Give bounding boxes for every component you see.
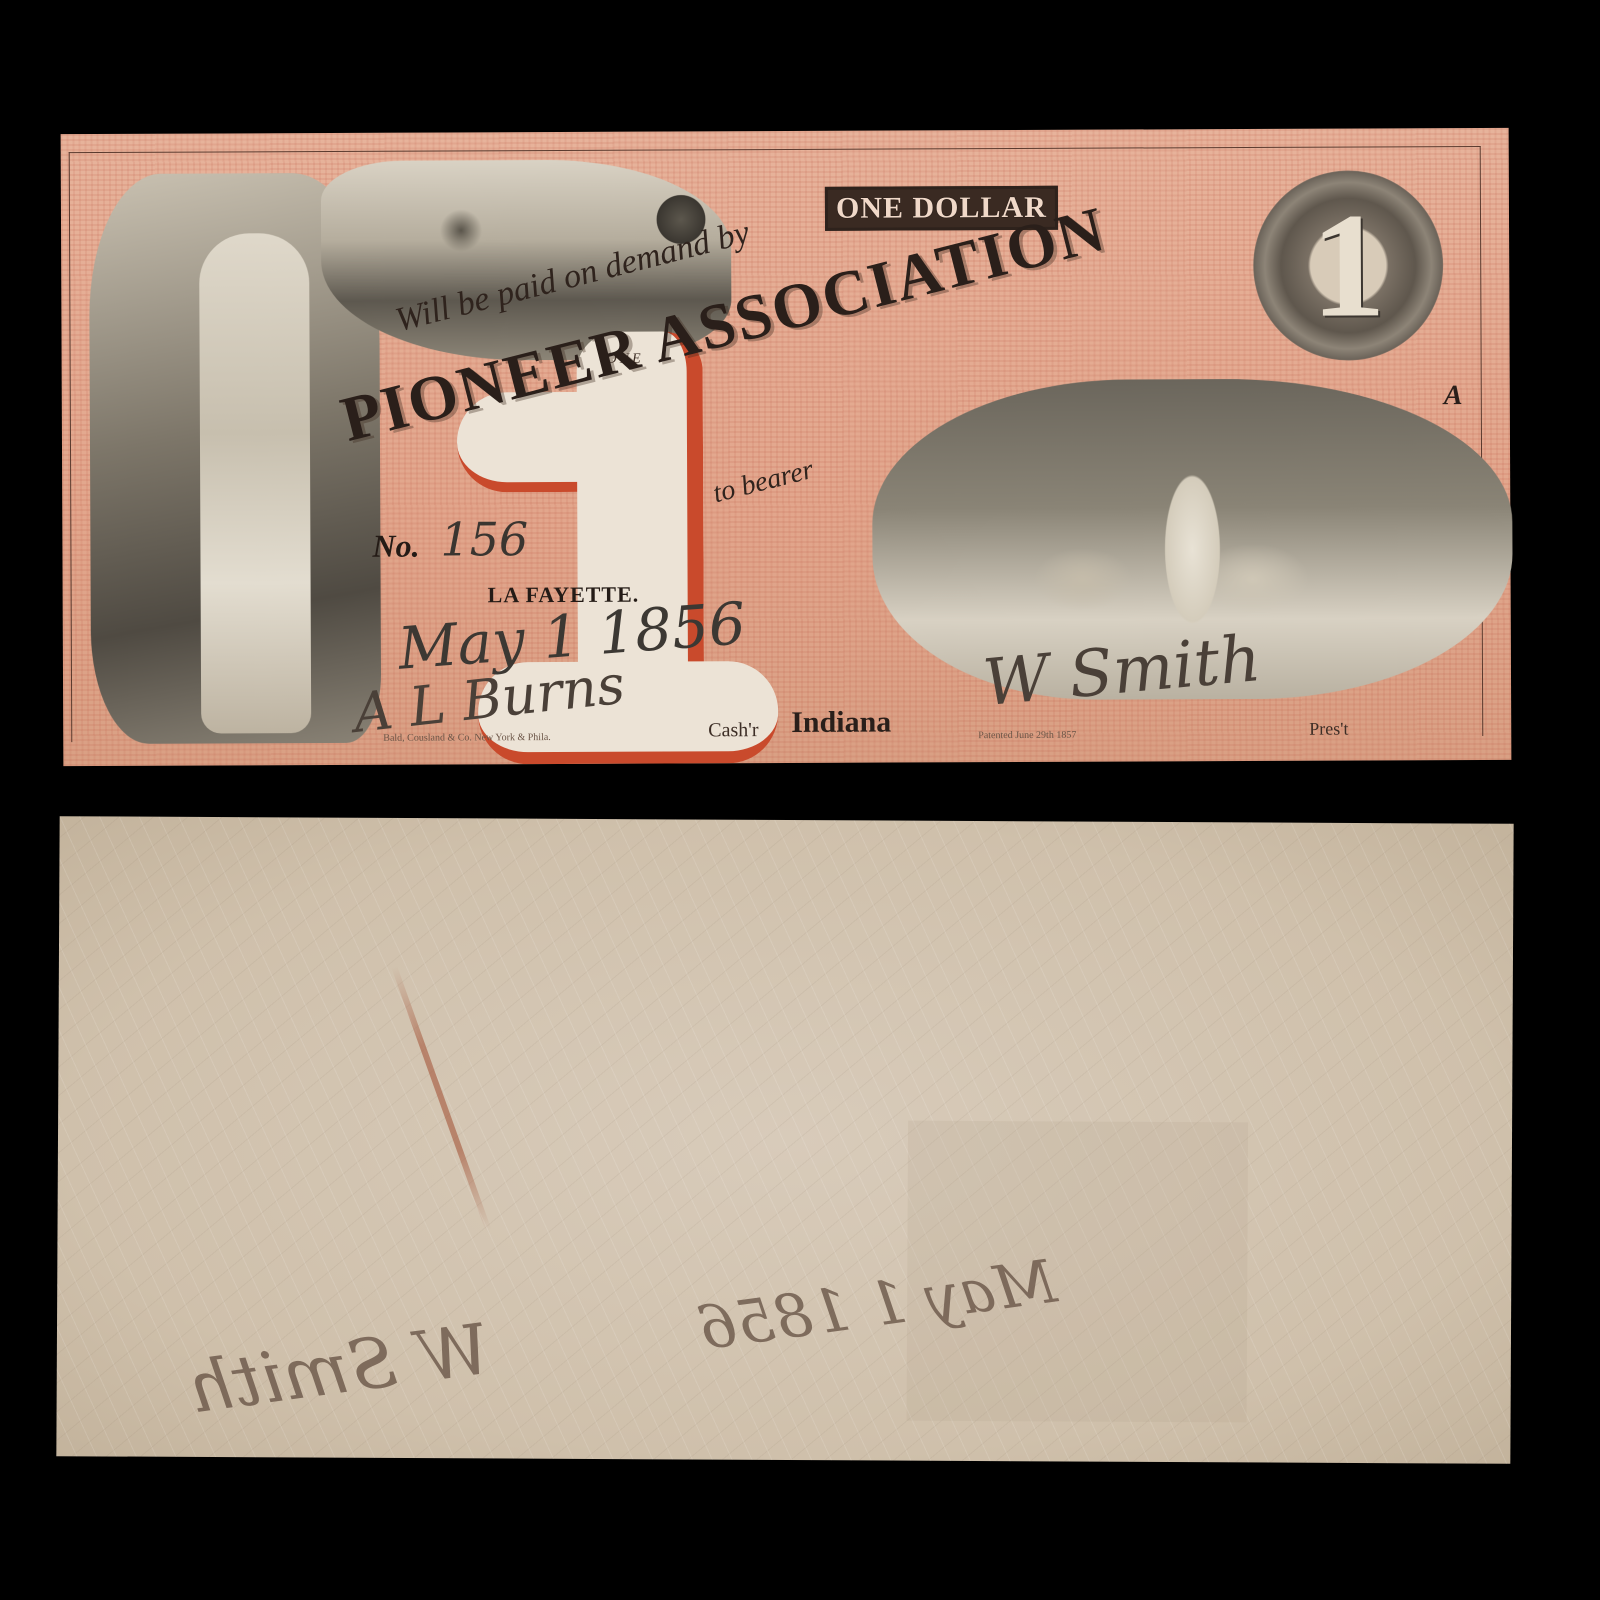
female-figure: [199, 233, 311, 733]
cashier-title: Cash'r: [708, 719, 758, 742]
state-name: Indiana: [791, 706, 891, 740]
president-title: Pres't: [1309, 719, 1348, 740]
serial-number: 156: [440, 512, 528, 566]
plate-letter: A: [1444, 380, 1463, 412]
corner-numeral: 1: [1253, 170, 1444, 361]
serial-label: No.: [372, 528, 419, 565]
banknote-back: W Smith May 1 1856: [56, 816, 1513, 1464]
corner-numeral-seal: 1: [1253, 170, 1444, 361]
banknote-front: 1 ONE DOLLAR ONE Will be paid on demand …: [61, 128, 1512, 766]
show-through-signature-president: W Smith: [183, 1308, 495, 1430]
patent-imprint: Patented June 29th 1857: [978, 730, 1076, 741]
ink-stain: [391, 965, 491, 1231]
printer-imprint: Bald, Cousland & Co. New York & Phila.: [383, 732, 551, 744]
